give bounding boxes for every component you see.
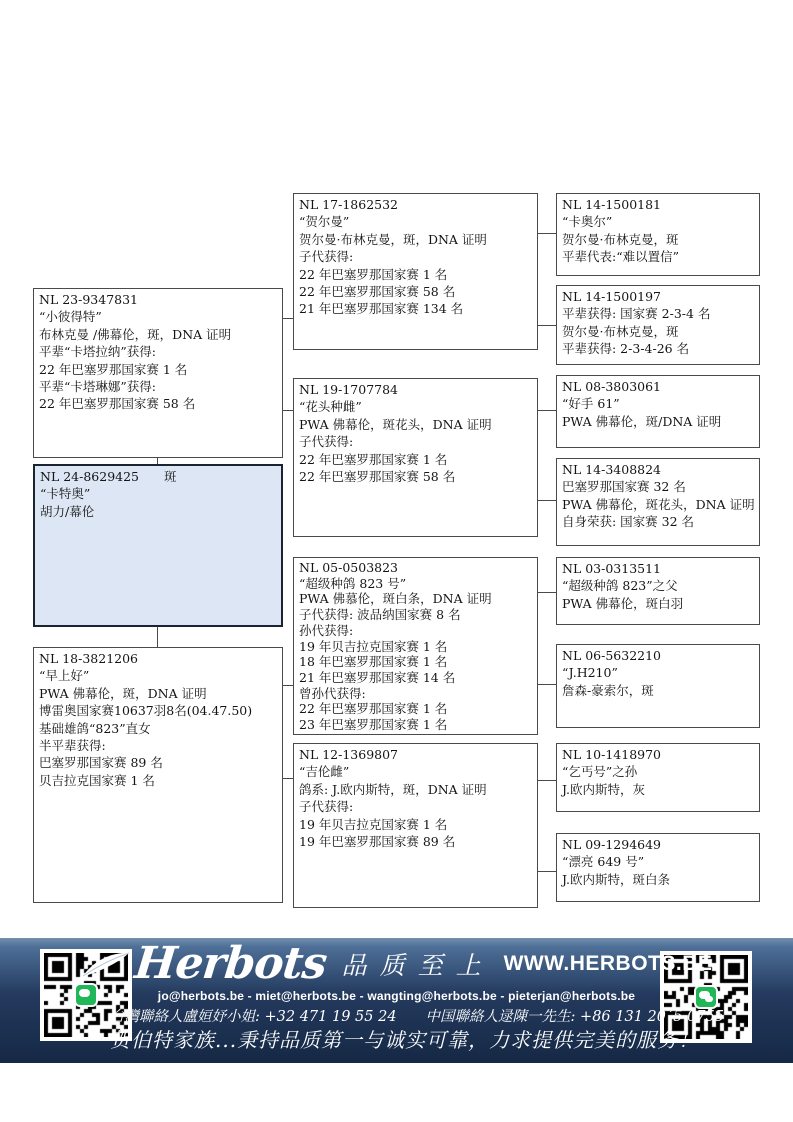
- box-line: 平辈“卡塔琳娜”获得:: [39, 378, 277, 395]
- box-line: 22 年巴塞罗那国家赛 1 名: [299, 451, 532, 468]
- box-line: NL 14-1500181: [562, 196, 754, 213]
- pedigree-box-dam-sire: NL 05-0503823“超级种鸽 823 号”PWA 佛慕伦，斑白条，DNA…: [293, 557, 538, 735]
- box-line: 平辈获得: 国家赛 2-3-4 名: [562, 305, 754, 322]
- connector-line: [538, 684, 556, 685]
- box-line: “早上好”: [39, 667, 277, 684]
- box-line: 贝吉拉克国家赛 1 名: [39, 772, 277, 789]
- box-line: 19 年贝吉拉克国家赛 1 名: [299, 816, 532, 833]
- connector-line: [538, 233, 556, 234]
- box-line: 贺尔曼·布林克曼，斑: [562, 323, 754, 340]
- connector-line: [538, 871, 556, 872]
- box-line: 半平辈获得:: [39, 737, 277, 754]
- connector-line: [157, 627, 158, 647]
- box-line: 22 年巴塞罗那国家赛 58 名: [299, 283, 532, 300]
- box-line: 子代获得:: [299, 248, 532, 265]
- box-line: 平辈代表:“难以置信”: [562, 248, 754, 265]
- box-line: NL 09-1294649: [562, 836, 754, 853]
- box-line: NL 17-1862532: [299, 196, 532, 213]
- pedigree-box-ssd: NL 14-1500197平辈获得: 国家赛 2-3-4 名贺尔曼·布林克曼，斑…: [556, 285, 760, 365]
- box-line: NL 03-0313511: [562, 560, 754, 577]
- box-line: “好手 61”: [562, 395, 754, 412]
- box-line: “乞丐号”之孙: [562, 763, 754, 780]
- herbots-logo: Herbots: [132, 942, 328, 986]
- box-line: “超级种鸽 823 号”: [299, 576, 532, 592]
- box-line: 布林克曼 /佛幕伦，斑，DNA 证明: [39, 326, 277, 343]
- box-line: “卡特奥”: [40, 485, 276, 502]
- box-line: PWA 佛幕伦，斑，DNA 证明: [39, 685, 277, 702]
- pedigree-box-dam: NL 18-3821206“早上好”PWA 佛幕伦，斑，DNA 证明博雷奥国家赛…: [33, 647, 283, 903]
- connector-line: [283, 685, 293, 686]
- pedigree-box-dam-dam: NL 12-1369807“吉伦雌”鸽系: J.欧内斯特，斑，DNA 证明子代获…: [293, 743, 538, 908]
- box-line: NL 19-1707784: [299, 381, 532, 398]
- contact-emails: jo@herbots.be - miet@herbots.be - wangti…: [128, 989, 665, 1003]
- box-line: 子代获得: 波品纳国家赛 8 名: [299, 607, 532, 623]
- box-line: 22 年巴塞罗那国家赛 58 名: [39, 395, 277, 412]
- pedigree-box-dss: NL 03-0313511“超级种鸽 823”之父PWA 佛幕伦，斑白羽: [556, 557, 760, 625]
- wechat-icon: [694, 985, 718, 1009]
- box-line: NL 10-1418970: [562, 746, 754, 763]
- pedigree-box-sdd: NL 14-3408824巴塞罗那国家赛 32 名PWA 佛幕伦，斑花头，DNA…: [556, 458, 760, 546]
- pedigree-box-sire: NL 23-9347831“小彼得特”布林克曼 /佛幕伦，斑，DNA 证明平辈“…: [33, 288, 283, 458]
- box-line: 巴塞罗那国家赛 89 名: [39, 754, 277, 771]
- connector-line: [283, 778, 293, 779]
- box-line: 胡力/幕伦: [40, 503, 276, 520]
- connector-line: [538, 325, 556, 326]
- pedigree-box-ddd: NL 09-1294649“漂亮 649 号”J.欧内斯特，斑白条: [556, 833, 760, 902]
- contact-phones: 台灣聯絡人盧姮妤小姐: +32 471 19 55 24 中国聯絡人逯陳一先生:…: [110, 1005, 683, 1026]
- connector-line: [538, 780, 556, 781]
- box-line: 博雷奥国家赛10637羽8名(04.47.50): [39, 702, 277, 719]
- box-line: NL 06-5632210: [562, 647, 754, 664]
- connector-line: [283, 318, 293, 319]
- box-line: 22 年巴塞罗那国家赛 1 名: [299, 266, 532, 283]
- pedigree-box-subject: NL 24-8629425 斑“卡特奥”胡力/幕伦: [33, 464, 283, 627]
- box-line: 詹森-豪索尔，斑: [562, 682, 754, 699]
- box-line: J.欧内斯特，斑白条: [562, 871, 754, 888]
- box-line: NL 24-8629425 斑: [40, 468, 276, 485]
- box-line: PWA 佛幕伦，斑白羽: [562, 595, 754, 612]
- box-line: “超级种鸽 823”之父: [562, 577, 754, 594]
- pedigree-box-dsd: NL 06-5632210“J.H210”詹森-豪索尔，斑: [556, 644, 760, 728]
- box-line: NL 05-0503823: [299, 560, 532, 576]
- connector-line: [538, 592, 556, 593]
- box-line: NL 23-9347831: [39, 291, 277, 308]
- box-line: 基础雄鸽“823”直女: [39, 720, 277, 737]
- box-line: 平辈“卡塔拉纳”获得:: [39, 343, 277, 360]
- connector-line: [538, 500, 556, 501]
- box-line: 21 年巴塞罗那国家赛 134 名: [299, 300, 532, 317]
- box-line: 19 年贝吉拉克国家赛 1 名: [299, 639, 532, 655]
- box-line: 18 年巴塞罗那国家赛 1 名: [299, 654, 532, 670]
- box-line: 子代获得:: [299, 798, 532, 815]
- box-line: 曾孙代获得:: [299, 686, 532, 702]
- line-icon: [74, 983, 98, 1007]
- box-line: PWA 佛幕伦，斑/DNA 证明: [562, 413, 754, 430]
- box-line: NL 14-3408824: [562, 461, 754, 478]
- pedigree-box-sire-dam: NL 19-1707784“花头种雌”PWA 佛幕伦，斑花头，DNA 证明子代获…: [293, 378, 538, 537]
- footer-tagline: 贺伯特家族...秉持品质第一与诚实可靠，力求提供完美的服务！: [110, 1024, 683, 1053]
- box-line: 孙代获得:: [299, 623, 532, 639]
- box-line: NL 12-1369807: [299, 746, 532, 763]
- box-line: 平辈获得: 2-3-4-26 名: [562, 340, 754, 357]
- box-line: NL 14-1500197: [562, 288, 754, 305]
- box-line: 21 年巴塞罗那国家赛 14 名: [299, 670, 532, 686]
- box-line: “J.H210”: [562, 664, 754, 681]
- box-line: 22 年巴塞罗那国家赛 58 名: [299, 468, 532, 485]
- slogan-cn: 品质至上: [342, 946, 494, 982]
- box-line: 自身荣获: 国家赛 32 名: [562, 513, 754, 530]
- box-line: “花头种雌”: [299, 398, 532, 415]
- connector-line: [538, 410, 556, 411]
- box-line: 19 年巴塞罗那国家赛 89 名: [299, 833, 532, 850]
- box-line: 贺尔曼·布林克曼，斑: [562, 231, 754, 248]
- pedigree-page: NL 23-9347831“小彼得特”布林克曼 /佛幕伦，斑，DNA 证明平辈“…: [0, 0, 793, 1122]
- box-line: 鸽系: J.欧内斯特，斑，DNA 证明: [299, 781, 532, 798]
- box-line: NL 08-3803061: [562, 378, 754, 395]
- feather-icon: [81, 950, 131, 978]
- box-line: 23 年巴塞罗那国家赛 1 名: [299, 717, 532, 733]
- pedigree-box-sire-sire: NL 17-1862532“贺尔曼”贺尔曼·布林克曼，斑，DNA 证明子代获得:…: [293, 193, 538, 350]
- box-line: PWA 佛幕伦，斑花头，DNA 证明: [299, 416, 532, 433]
- website-url: WWW.HERBOTS.BE: [504, 952, 713, 976]
- box-line: PWA 佛慕伦，斑白条，DNA 证明: [299, 591, 532, 607]
- pedigree-box-dds: NL 10-1418970“乞丐号”之孙J.欧内斯特，灰: [556, 743, 760, 812]
- box-line: PWA 佛幕伦，斑花头，DNA 证明: [562, 496, 754, 513]
- box-line: “小彼得特”: [39, 308, 277, 325]
- box-line: 贺尔曼·布林克曼，斑，DNA 证明: [299, 231, 532, 248]
- box-line: 子代获得:: [299, 433, 532, 450]
- box-line: 22 年巴塞罗那国家赛 1 名: [299, 701, 532, 717]
- connector-line: [157, 458, 158, 464]
- pedigree-box-sss: NL 14-1500181“卡奥尔”贺尔曼·布林克曼，斑平辈代表:“难以置信”: [556, 193, 760, 276]
- box-line: J.欧内斯特，灰: [562, 781, 754, 798]
- box-line: “贺尔曼”: [299, 213, 532, 230]
- pedigree-box-sds: NL 08-3803061“好手 61”PWA 佛幕伦，斑/DNA 证明: [556, 375, 760, 448]
- footer-band: Herbots 品质至上 WWW.HERBOTS.BE jo@herbots.b…: [0, 938, 793, 1063]
- box-line: “漂亮 649 号”: [562, 853, 754, 870]
- box-line: NL 18-3821206: [39, 650, 277, 667]
- box-line: 22 年巴塞罗那国家赛 1 名: [39, 361, 277, 378]
- box-line: “吉伦雌”: [299, 763, 532, 780]
- connector-line: [283, 410, 293, 411]
- box-line: “卡奥尔”: [562, 213, 754, 230]
- box-line: 巴塞罗那国家赛 32 名: [562, 478, 754, 495]
